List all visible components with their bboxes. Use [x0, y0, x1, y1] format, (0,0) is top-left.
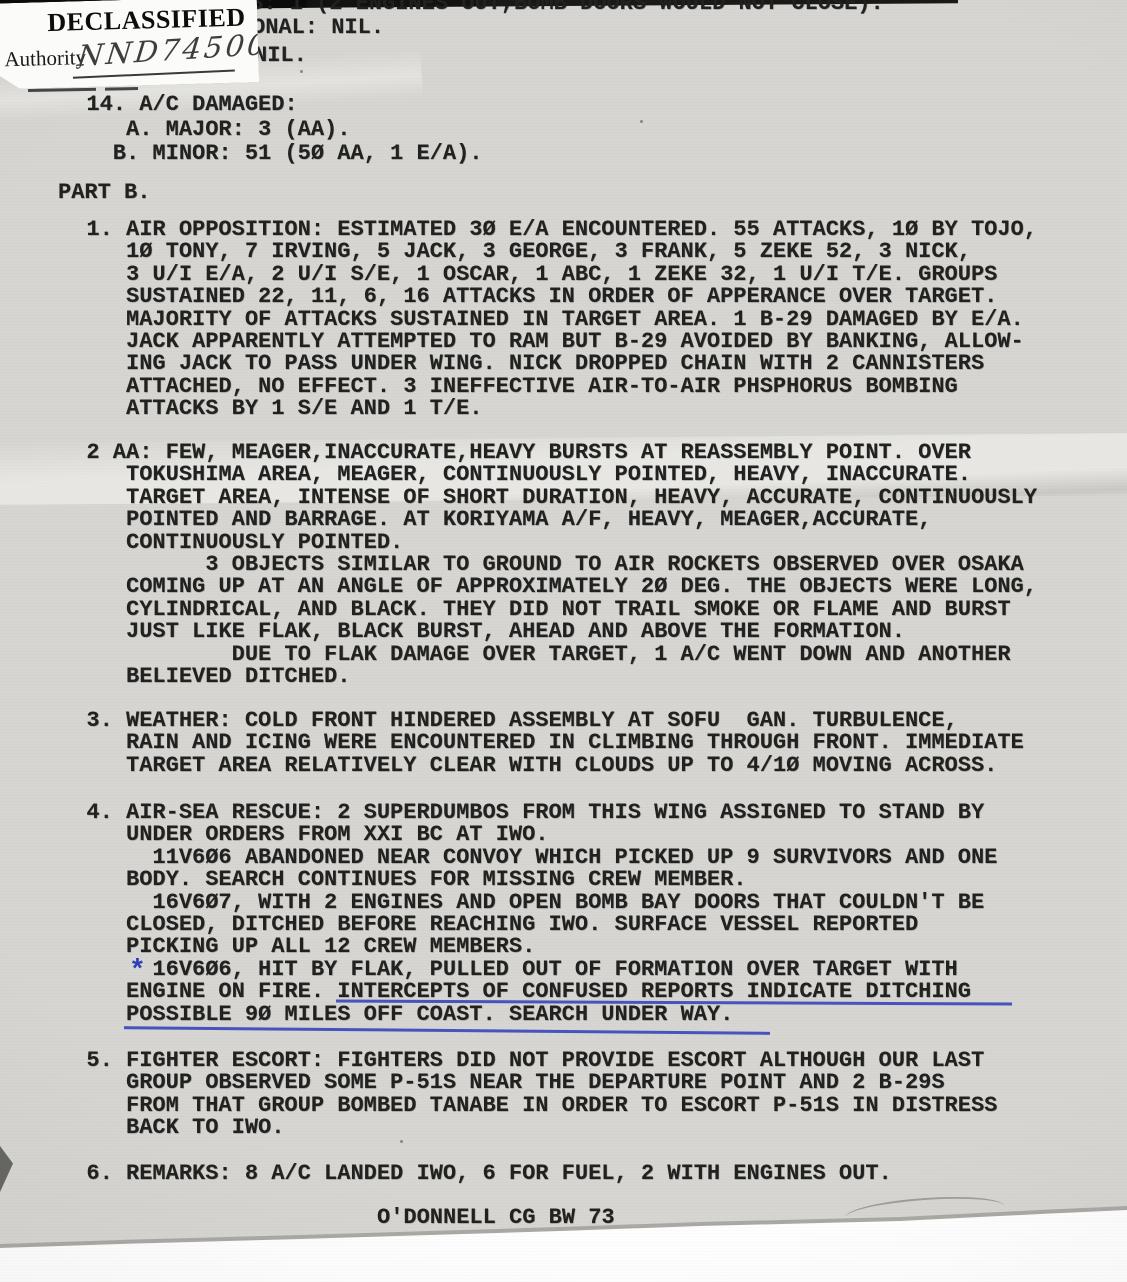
stamp-authority-label: Authority: [4, 45, 86, 72]
paper-speck: [300, 70, 303, 73]
section-aircraft-damaged: 14. A/C DAMAGED: A. MAJOR: 3 (AA). B. MI…: [60, 93, 482, 167]
section-2-aa: 2 AA: FEW, MEAGER,INACCURATE,HEAVY BURST…: [60, 442, 1037, 688]
section-3-weather: 3. WEATHER: COLD FRONT HINDERED ASSEMBLY…: [60, 710, 1024, 777]
paper-speck: [400, 1140, 403, 1143]
section-4-air-sea-rescue: 4. AIR-SEA RESCUE: 2 SUPERDUMBOS FROM TH…: [60, 802, 997, 1026]
header-fragment-line-3: NIL.: [254, 45, 307, 67]
signature-line: O'DONNELL CG BW 73: [377, 1207, 615, 1229]
handwritten-asterisk-annotation: *: [129, 956, 146, 987]
declassified-stamp: DECLASSIFIED Authority NND745005: [0, 0, 259, 90]
paper-speck: [640, 120, 643, 123]
section-6-remarks: 6. REMARKS: 8 A/C LANDED IWO, 6 FOR FUEL…: [60, 1163, 892, 1185]
header-fragment-line-1: S: 1 (2 ENGINES OUT,BOMB DOORS WOULD NOT…: [250, 0, 884, 15]
scanned-document-page: S: 1 (2 ENGINES OUT,BOMB DOORS WOULD NOT…: [0, 0, 1127, 1282]
header-fragment-line-2: ONAL: NIL.: [252, 17, 384, 39]
part-b-heading: PART B.: [58, 182, 150, 204]
section-1-air-opposition: 1. AIR OPPOSITION: ESTIMATED 3Ø E/A ENCO…: [60, 219, 1037, 421]
section-5-fighter-escort: 5. FIGHTER ESCORT: FIGHTERS DID NOT PROV…: [60, 1050, 997, 1140]
